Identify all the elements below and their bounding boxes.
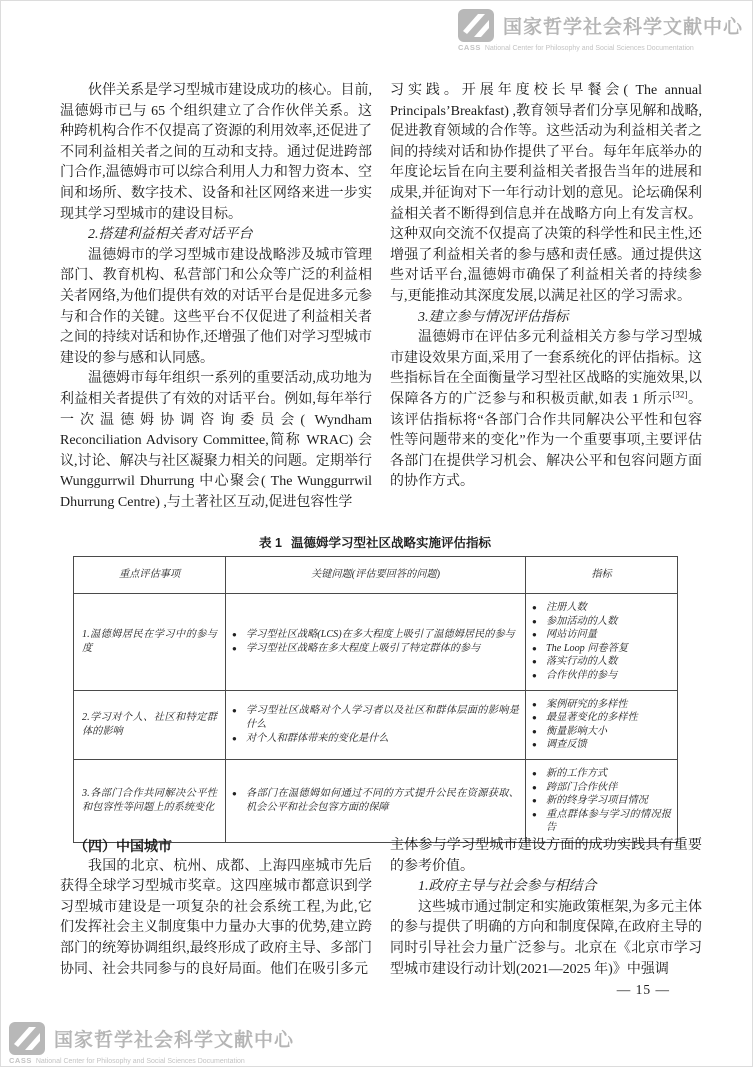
brand-subline: CASS National Center for Philosophy and … [458, 43, 743, 52]
brand-acronym: CASS [458, 43, 481, 52]
right-column: 习实践。开展年度校长早餐会( The annual Principals’Bre… [390, 81, 702, 513]
subheading-dialogue-platform: 2.搭建利益相关者对话平台 [60, 225, 372, 246]
list-item: 衡量影响大小 [532, 725, 671, 739]
list-item: 学习型社区战略在多大程度上吸引了特定群体的参与 [232, 642, 519, 656]
row2-focus: 2.学习对个人、社区和特定群体的影响 [74, 690, 226, 759]
brand-acronym: CASS [9, 1056, 32, 1065]
heading-chinese-cities: （四）中国城市 [60, 836, 372, 857]
paragraph-annual-events: 温德姆市每年组织一系列的重要活动,成功地为利益相关者提供了有效的对话平台。例如,… [60, 369, 372, 513]
table-title-label: 表 1 [259, 536, 282, 550]
table-title: 表 1温德姆学习型社区战略实施评估指标 [73, 533, 677, 551]
subheading-government-led: 1.政府主导与社会参与相结合 [390, 877, 702, 898]
list-item: The Loop 问卷答复 [532, 642, 671, 656]
list-item: 合作伙伴的参与 [532, 669, 671, 683]
list-item: 注册人数 [532, 601, 671, 615]
list-item: 新的工作方式 [532, 767, 671, 781]
row1-focus: 1.温德姆居民在学习中的参与度 [74, 594, 226, 691]
list-item: 重点群体参与学习的情况报告 [532, 808, 671, 835]
upper-columns: 伙伴关系是学习型城市建设成功的核心。目前,温德姆市已与 65 个组织建立了合作伙… [60, 81, 702, 513]
evaluation-table: 重点评估事项 关键问题(评估要回答的问题) 指标 1.温德姆居民在学习中的参与度… [73, 556, 678, 843]
subheading-evaluation-indicators: 3.建立参与情况评估指标 [390, 308, 702, 329]
brand-watermark-bottom: 国家哲学社会科学文献中心 CASS National Center for Ph… [9, 1022, 294, 1065]
page-number: — 15 — [617, 982, 670, 998]
paragraph-policy-framework: 这些城市通过制定和实施政策框架,为多元主体的参与提供了明确的方向和制度保障,在政… [390, 898, 702, 980]
list-item: 案例研究的多样性 [532, 698, 671, 712]
row2-indicators: 案例研究的多样性 最显著变化的多样性 衡量影响大小 调查反馈 [526, 690, 678, 759]
row1-questions: 学习型社区战略(LCS)在多大程度上吸引了温德姆居民的参与 学习型社区战略在多大… [226, 594, 526, 691]
table-row: 3.各部门合作共同解决公平性和包容性等问题上的系统变化 各部门在温德姆如何通过不… [74, 759, 678, 842]
list-item: 学习型社区战略(LCS)在多大程度上吸引了温德姆居民的参与 [232, 628, 519, 642]
table-title-text: 温德姆学习型社区战略实施评估指标 [291, 536, 491, 550]
list-item: 各部门在温德姆如何通过不同的方式提升公民在资源获取、机会公平和社会包容方面的保障 [232, 787, 519, 814]
row3-indicators: 新的工作方式 跨部门合作伙伴 新的终身学习项目情况 重点群体参与学习的情况报告 [526, 759, 678, 842]
footnote-ref-32: [32] [672, 389, 687, 399]
brand-logo-icon [9, 1022, 45, 1055]
left-column-lower: （四）中国城市 我国的北京、杭州、成都、上海四座城市先后获得全球学习型城市奖章。… [60, 836, 372, 980]
brand-subline: CASS National Center for Philosophy and … [9, 1056, 294, 1065]
row1-indicators: 注册人数 参加活动的人数 网站访问量 The Loop 问卷答复 落实行动的人数… [526, 594, 678, 691]
paragraph-evaluation-text-a: 温德姆市在评估多元利益相关方参与学习型城市建设效果方面,采用了一套系统化的评估指… [390, 330, 702, 407]
brand-name-en: National Center for Philosophy and Socia… [485, 45, 694, 52]
paragraph-annual-events-cont: 习实践。开展年度校长早餐会( The annual Principals’Bre… [390, 81, 702, 308]
header-indicators: 指标 [526, 557, 678, 594]
list-item: 对个人和群体带来的变化是什么 [232, 732, 519, 746]
list-item: 新的终身学习项目情况 [532, 794, 671, 808]
header-key-questions: 关键问题(评估要回答的问题) [226, 557, 526, 594]
brand-watermark-top: 国家哲学社会科学文献中心 CASS National Center for Ph… [458, 9, 743, 52]
row2-questions: 学习型社区战略对个人学习者以及社区和群体层面的影响是什么 对个人和群体带来的变化… [226, 690, 526, 759]
brand-logo-icon [458, 9, 494, 42]
brand-name-en: National Center for Philosophy and Socia… [36, 1058, 245, 1065]
left-column: 伙伴关系是学习型城市建设成功的核心。目前,温德姆市已与 65 个组织建立了合作伙… [60, 81, 372, 513]
paper-page: { "brand": { "name_cn": "国家哲学社会科学文献中心", … [0, 0, 753, 1067]
paragraph-stakeholder-network: 温德姆市的学习型城市建设战略涉及城市管理部门、教育机构、私营部门和公众等广泛的利… [60, 246, 372, 370]
row3-questions: 各部门在温德姆如何通过不同的方式提升公民在资源获取、机会公平和社会包容方面的保障 [226, 759, 526, 842]
brand-name-cn: 国家哲学社会科学文献中心 [503, 12, 743, 39]
paragraph-evaluation: 温德姆市在评估多元利益相关方参与学习型城市建设效果方面,采用了一套系统化的评估指… [390, 328, 702, 493]
table-row: 2.学习对个人、社区和特定群体的影响 学习型社区战略对个人学习者以及社区和群体层… [74, 690, 678, 759]
list-item: 调查反馈 [532, 738, 671, 752]
list-item: 学习型社区战略对个人学习者以及社区和群体层面的影响是什么 [232, 704, 519, 731]
list-item: 网站访问量 [532, 628, 671, 642]
table-row: 1.温德姆居民在学习中的参与度 学习型社区战略(LCS)在多大程度上吸引了温德姆… [74, 594, 678, 691]
right-column-lower: 主体参与学习型城市建设方面的成功实践具有重要的参考价值。 1.政府主导与社会参与… [390, 836, 702, 980]
row3-focus: 3.各部门合作共同解决公平性和包容性等问题上的系统变化 [74, 759, 226, 842]
header-focus: 重点评估事项 [74, 557, 226, 594]
list-item: 最显著变化的多样性 [532, 711, 671, 725]
list-item: 落实行动的人数 [532, 655, 671, 669]
lower-columns: （四）中国城市 我国的北京、杭州、成都、上海四座城市先后获得全球学习型城市奖章。… [60, 836, 702, 980]
paragraph-partnership: 伙伴关系是学习型城市建设成功的核心。目前,温德姆市已与 65 个组织建立了合作伙… [60, 81, 372, 225]
paragraph-chinese-cities-cont: 主体参与学习型城市建设方面的成功实践具有重要的参考价值。 [390, 836, 702, 877]
list-item: 参加活动的人数 [532, 615, 671, 629]
paragraph-chinese-cities: 我国的北京、杭州、成都、上海四座城市先后获得全球学习型城市奖章。这四座城市都意识… [60, 857, 372, 981]
brand-name-cn: 国家哲学社会科学文献中心 [54, 1025, 294, 1052]
list-item: 跨部门合作伙伴 [532, 781, 671, 795]
table-header-row: 重点评估事项 关键问题(评估要回答的问题) 指标 [74, 557, 678, 594]
table-1-block: 表 1温德姆学习型社区战略实施评估指标 重点评估事项 关键问题(评估要回答的问题… [73, 533, 677, 843]
